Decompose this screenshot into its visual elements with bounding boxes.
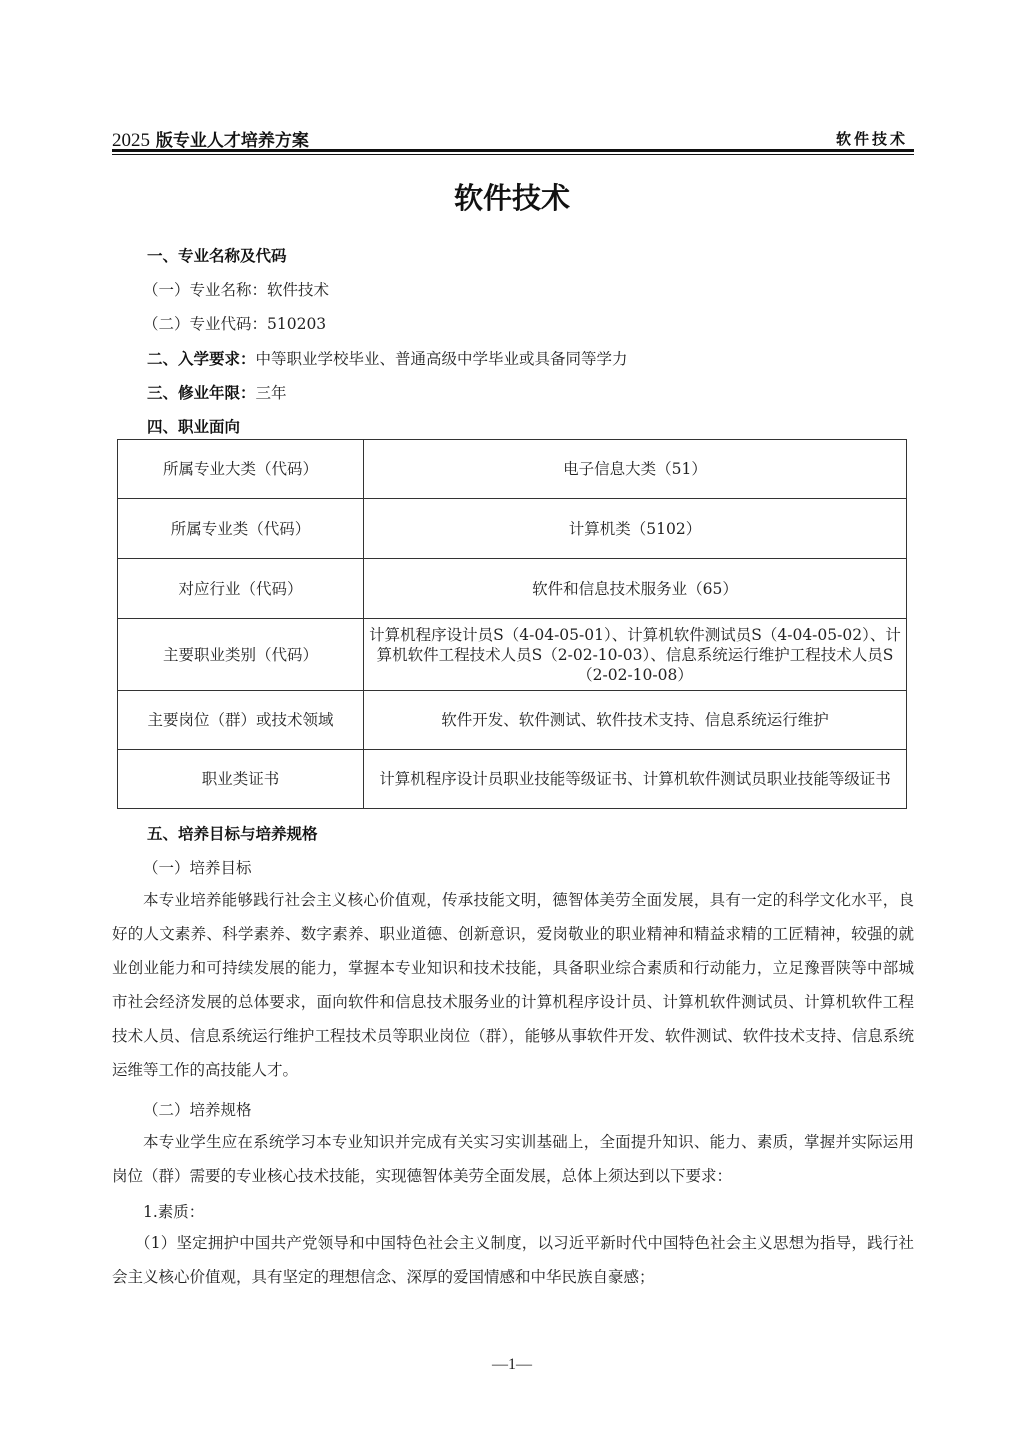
table-row: 所属专业类（代码） 计算机类（5102） <box>118 499 907 559</box>
table-value: 计算机程序设计员S（4-04-05-01）、计算机软件测试员S（4-04-05-… <box>364 619 907 691</box>
section-3: 三、修业年限：三年 <box>147 381 287 403</box>
table-row: 主要职业类别（代码） 计算机程序设计员S（4-04-05-01）、计算机软件测试… <box>118 619 907 691</box>
section-3-heading: 三、修业年限： <box>147 384 256 402</box>
training-goal-heading: （一）培养目标 <box>143 856 252 878</box>
section-2: 二、入学要求：中等职业学校毕业、普通高级中学毕业或具备同等学力 <box>147 347 628 369</box>
header-rule-thin <box>112 154 914 155</box>
occupation-table: 所属专业大类（代码） 电子信息大类（51） 所属专业类（代码） 计算机类（510… <box>117 439 907 809</box>
section-5-heading: 五、培养目标与培养规格 <box>147 822 318 844</box>
major-name: （一）专业名称：软件技术 <box>143 278 329 300</box>
table-key: 职业类证书 <box>118 750 364 809</box>
header-plan-title: 版专业人才培养方案 <box>150 131 309 151</box>
table-value: 计算机类（5102） <box>364 499 907 559</box>
table-key: 主要岗位（群）或技术领域 <box>118 691 364 750</box>
table-row: 所属专业大类（代码） 电子信息大类（51） <box>118 440 907 499</box>
header-year: 2025 <box>112 130 150 151</box>
table-key: 对应行业（代码） <box>118 559 364 619</box>
section-4-heading: 四、职业面向 <box>147 415 240 437</box>
table-value: 计算机程序设计员职业技能等级证书、计算机软件测试员职业技能等级证书 <box>364 750 907 809</box>
training-spec-heading: （二）培养规格 <box>143 1098 252 1120</box>
page-number: —1— <box>0 1356 1024 1374</box>
section-2-heading: 二、入学要求： <box>147 350 256 368</box>
major-code: （二）专业代码：510203 <box>143 312 326 334</box>
table-value: 软件和信息技术服务业（65） <box>364 559 907 619</box>
table-row: 职业类证书 计算机程序设计员职业技能等级证书、计算机软件测试员职业技能等级证书 <box>118 750 907 809</box>
study-duration: 三年 <box>256 384 287 402</box>
table-key: 所属专业类（代码） <box>118 499 364 559</box>
quality-item-1: （1）坚定拥护中国共产党领导和中国特色社会主义制度，以习近平新时代中国特色社会主… <box>112 1226 914 1294</box>
quality-label: 1.素质： <box>143 1200 204 1222</box>
section-1-heading: 一、专业名称及代码 <box>147 244 287 266</box>
header-rule-thick <box>112 149 914 152</box>
table-row: 对应行业（代码） 软件和信息技术服务业（65） <box>118 559 907 619</box>
table-key: 所属专业大类（代码） <box>118 440 364 499</box>
table-value: 软件开发、软件测试、软件技术支持、信息系统运行维护 <box>364 691 907 750</box>
table-row: 主要岗位（群）或技术领域 软件开发、软件测试、软件技术支持、信息系统运行维护 <box>118 691 907 750</box>
table-key: 主要职业类别（代码） <box>118 619 364 691</box>
running-header: 2025 版专业人才培养方案 软件技术 <box>112 126 914 150</box>
training-goal-paragraph: 本专业培养能够践行社会主义核心价值观，传承技能文明，德智体美劳全面发展，具有一定… <box>112 883 914 1087</box>
header-right: 软件技术 <box>836 128 908 149</box>
document-title: 软件技术 <box>0 176 1024 217</box>
table-value: 电子信息大类（51） <box>364 440 907 499</box>
training-spec-paragraph: 本专业学生应在系统学习本专业知识并完成有关实习实训基础上，全面提升知识、能力、素… <box>112 1125 914 1193</box>
admission-requirement: 中等职业学校毕业、普通高级中学毕业或具备同等学力 <box>256 350 628 368</box>
